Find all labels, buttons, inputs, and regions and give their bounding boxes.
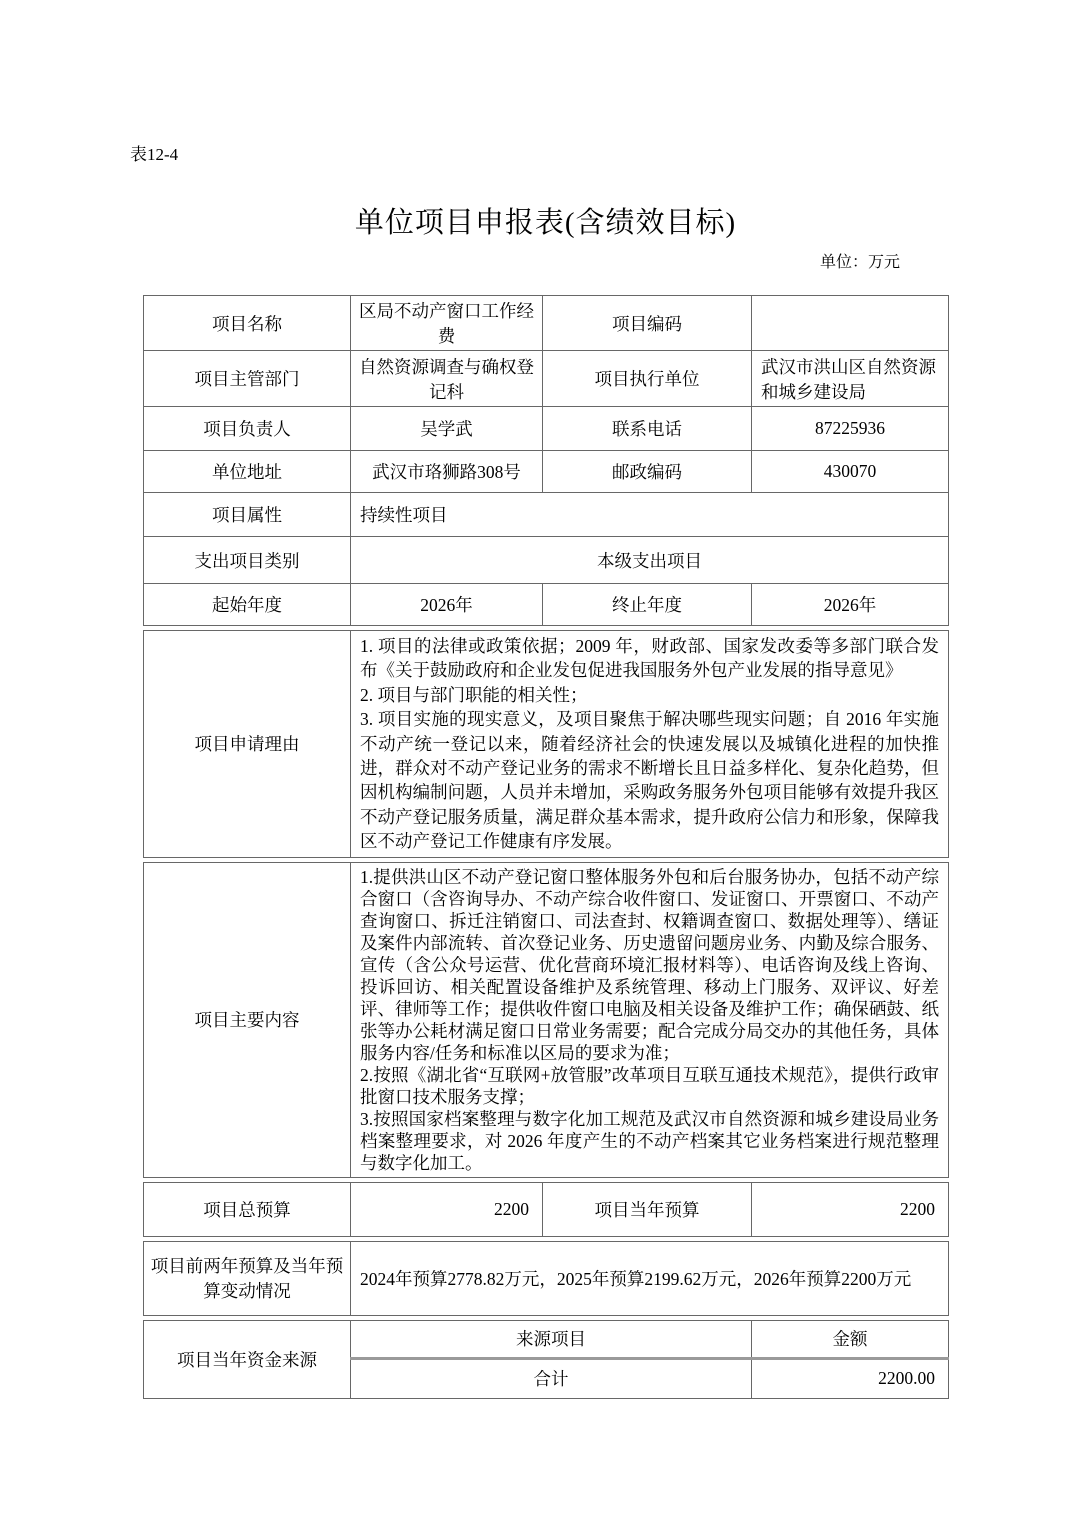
- table-row: 项目名称 区局不动产窗口工作经费 项目编码: [144, 296, 949, 351]
- table-row: 项目主要内容 1.提供洪山区不动产登记窗口整体服务外包和后台服务协办，包括不动产…: [144, 862, 949, 1177]
- label-expenditure-category: 支出项目类别: [144, 537, 351, 584]
- value-prior-budget: 2024年预算2778.82万元，2025年预算2199.62万元，2026年预…: [351, 1241, 949, 1315]
- page-title: 单位项目申报表(含绩效目标): [143, 200, 948, 241]
- label-start-year: 起始年度: [144, 584, 351, 626]
- value-start-year: 2026年: [351, 584, 543, 626]
- table-row: 项目总预算 2200 项目当年预算 2200: [144, 1182, 949, 1236]
- funding-source-table: 项目当年资金来源 来源项目 金额 合计 2200.00: [143, 1320, 949, 1399]
- value-project-attribute: 持续性项目: [351, 493, 949, 537]
- label-funding-source: 项目当年资金来源: [144, 1320, 351, 1398]
- prior-budget-table: 项目前两年预算及当年预算变动情况 2024年预算2778.82万元，2025年预…: [143, 1241, 949, 1316]
- funding-source-column-header: 来源项目: [351, 1320, 752, 1358]
- label-project-leader: 项目负责人: [144, 407, 351, 451]
- label-unit-address: 单位地址: [144, 451, 351, 493]
- reason-item-3: 3. 项目实施的现实意义，及项目聚焦于解决哪些现实问题；自 2016 年实施不动…: [360, 707, 939, 853]
- document-page: 表12-4 单位项目申报表(含绩效目标) 单位：万元 项目名称 区局不动产窗口工…: [0, 0, 1075, 1520]
- label-main-content: 项目主要内容: [144, 862, 351, 1177]
- value-project-name: 区局不动产窗口工作经费: [351, 296, 543, 351]
- table-row: 单位地址 武汉市珞狮路308号 邮政编码 430070: [144, 451, 949, 493]
- table-row: 项目前两年预算及当年预算变动情况 2024年预算2778.82万元，2025年预…: [144, 1241, 949, 1315]
- label-executing-unit: 项目执行单位: [543, 351, 752, 407]
- funding-total-label: 合计: [351, 1358, 752, 1398]
- value-unit-address: 武汉市珞狮路308号: [351, 451, 543, 493]
- label-project-code: 项目编码: [543, 296, 752, 351]
- value-executing-unit: 武汉市洪山区自然资源和城乡建设局: [752, 351, 949, 407]
- budget-table: 项目总预算 2200 项目当年预算 2200: [143, 1182, 949, 1237]
- application-reason-table: 项目申请理由 1. 项目的法律或政策依据；2009 年，财政部、国家发改委等多部…: [143, 630, 949, 858]
- value-current-year-budget: 2200: [752, 1182, 949, 1236]
- table-row: 起始年度 2026年 终止年度 2026年: [144, 584, 949, 626]
- main-content-table: 项目主要内容 1.提供洪山区不动产登记窗口整体服务外包和后台服务协办，包括不动产…: [143, 862, 949, 1178]
- funding-total-amount: 2200.00: [752, 1358, 949, 1398]
- reason-item-1: 1. 项目的法律或政策依据；2009 年，财政部、国家发改委等多部门联合发布《关…: [360, 634, 939, 683]
- label-prior-budget: 项目前两年预算及当年预算变动情况: [144, 1241, 351, 1315]
- table-row: 支出项目类别 本级支出项目: [144, 537, 949, 584]
- value-main-content: 1.提供洪山区不动产登记窗口整体服务外包和后台服务协办，包括不动产综合窗口（含咨…: [351, 862, 949, 1177]
- table-row: 项目当年资金来源 来源项目 金额: [144, 1320, 949, 1358]
- label-total-budget: 项目总预算: [144, 1182, 351, 1236]
- unit-note: 单位：万元: [143, 249, 948, 271]
- value-project-leader: 吴学武: [351, 407, 543, 451]
- value-expenditure-category: 本级支出项目: [351, 537, 949, 584]
- label-current-year-budget: 项目当年预算: [543, 1182, 752, 1236]
- label-project-attribute: 项目属性: [144, 493, 351, 537]
- label-end-year: 终止年度: [543, 584, 752, 626]
- label-application-reason: 项目申请理由: [144, 631, 351, 858]
- value-phone: 87225936: [752, 407, 949, 451]
- reason-item-2: 2. 项目与部门职能的相关性；: [360, 683, 939, 707]
- value-end-year: 2026年: [752, 584, 949, 626]
- value-application-reason: 1. 项目的法律或政策依据；2009 年，财政部、国家发改委等多部门联合发布《关…: [351, 631, 949, 858]
- table-row: 项目主管部门 自然资源调查与确权登记科 项目执行单位 武汉市洪山区自然资源和城乡…: [144, 351, 949, 407]
- value-project-code: [752, 296, 949, 351]
- label-supervising-dept: 项目主管部门: [144, 351, 351, 407]
- value-supervising-dept: 自然资源调查与确权登记科: [351, 351, 543, 407]
- form-number: 表12-4: [130, 140, 1075, 162]
- content-item-2: 2.按照《湖北省“互联网+放管服”改革项目互联互通技术规范》，提供行政审批窗口技…: [360, 1064, 939, 1108]
- value-total-budget: 2200: [351, 1182, 543, 1236]
- table-row: 项目申请理由 1. 项目的法律或政策依据；2009 年，财政部、国家发改委等多部…: [144, 631, 949, 858]
- content-item-1: 1.提供洪山区不动产登记窗口整体服务外包和后台服务协办，包括不动产综合窗口（含咨…: [360, 866, 939, 1064]
- table-row: 项目属性 持续性项目: [144, 493, 949, 537]
- basic-info-table: 项目名称 区局不动产窗口工作经费 项目编码 项目主管部门 自然资源调查与确权登记…: [143, 295, 949, 626]
- value-postal-code: 430070: [752, 451, 949, 493]
- content-item-3: 3.按照国家档案整理与数字化加工规范及武汉市自然资源和城乡建设局业务档案整理要求…: [360, 1108, 939, 1174]
- table-row: 项目负责人 吴学武 联系电话 87225936: [144, 407, 949, 451]
- label-phone: 联系电话: [543, 407, 752, 451]
- label-postal-code: 邮政编码: [543, 451, 752, 493]
- label-project-name: 项目名称: [144, 296, 351, 351]
- funding-amount-column-header: 金额: [752, 1320, 949, 1358]
